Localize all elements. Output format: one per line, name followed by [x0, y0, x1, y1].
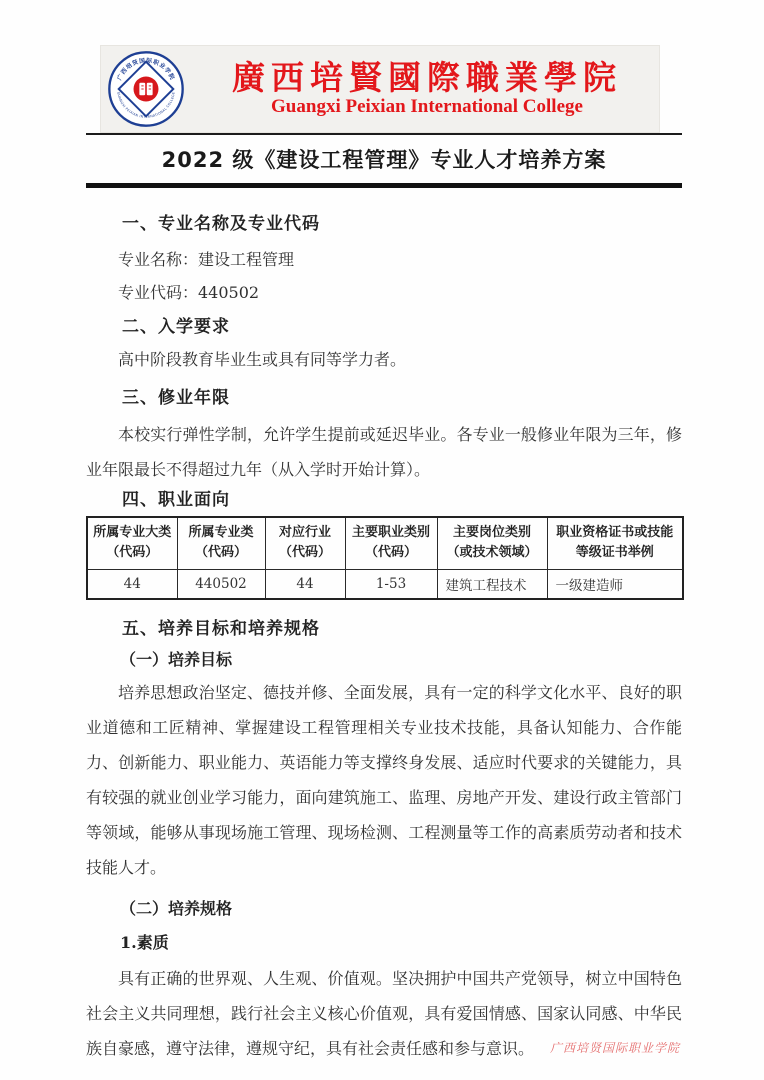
section2-body: 高中阶段教育毕业生或具有同等学力者。: [86, 350, 682, 370]
cell-post-class: 建筑工程技术: [437, 569, 547, 599]
document-title: 2022 级《建设工程管理》专业人才培养方案: [86, 135, 682, 183]
document-page: 广西培贤国际职业学院 GUANGXI PEIXIAN INTERNATIONAL…: [0, 0, 764, 1080]
major-name-line: 专业名称：建设工程管理: [86, 250, 682, 270]
col-header-industry: 对应行业（代码）: [265, 517, 345, 569]
col-header-major-category: 所属专业大类（代码）: [87, 517, 177, 569]
col-header-major-class: 所属专业类（代码）: [177, 517, 265, 569]
cell-industry-code: 44: [265, 569, 345, 599]
section5-sub2-heading: （二）培养规格: [120, 899, 682, 919]
section2-heading: 二、入学要求: [122, 316, 682, 338]
title-divider-line: [86, 183, 682, 188]
table-row: 44 440502 44 1-53 建筑工程技术 一级建造师: [87, 569, 683, 599]
section1-heading: 一、专业名称及专业代码: [122, 213, 682, 235]
college-name-zh: 廣西培賢國際職業學院: [195, 60, 659, 96]
section5-heading: 五、培养目标和培养规格: [122, 618, 682, 640]
cell-major-category-code: 44: [87, 569, 177, 599]
section4-heading: 四、职业面向: [122, 489, 682, 511]
section5-item1-heading: 1.素质: [120, 933, 682, 953]
section3-body: 本校实行弹性学制，允许学生提前或延迟毕业。各专业一般修业年限为三年，修业年限最长…: [86, 417, 682, 487]
col-header-occupation-class: 主要职业类别（代码）: [345, 517, 437, 569]
career-orientation-table: 所属专业大类（代码） 所属专业类（代码） 对应行业（代码） 主要职业类别（代码）…: [86, 516, 684, 600]
major-code-line: 专业代码：440502: [86, 283, 682, 303]
college-seal-icon: 广西培贤国际职业学院 GUANGXI PEIXIAN INTERNATIONAL…: [107, 50, 185, 128]
document-content: 广西培贤国际职业学院 GUANGXI PEIXIAN INTERNATIONAL…: [86, 0, 682, 1066]
cell-occupation-class-code: 1-53: [345, 569, 437, 599]
cell-certificate-example: 一级建造师: [547, 569, 683, 599]
cell-major-class-code: 440502: [177, 569, 265, 599]
section5-sub1-body: 培养思想政治坚定、德技并修、全面发展，具有一定的科学文化水平、良好的职业道德和工…: [86, 675, 682, 885]
college-name-en: Guangxi Peixian International College: [195, 96, 659, 118]
section3-heading: 三、修业年限: [122, 387, 682, 409]
college-header-banner: 广西培贤国际职业学院 GUANGXI PEIXIAN INTERNATIONAL…: [100, 45, 660, 133]
college-names: 廣西培賢國際職業學院 Guangxi Peixian International…: [195, 60, 659, 118]
col-header-certificates: 职业资格证书或技能等级证书举例: [547, 517, 683, 569]
section5-sub1-heading: （一）培养目标: [120, 650, 682, 670]
college-watermark: 广西培贤国际职业学院: [550, 1039, 680, 1056]
col-header-post-class: 主要岗位类别（或技术领域）: [437, 517, 547, 569]
table-header-row: 所属专业大类（代码） 所属专业类（代码） 对应行业（代码） 主要职业类别（代码）…: [87, 517, 683, 569]
